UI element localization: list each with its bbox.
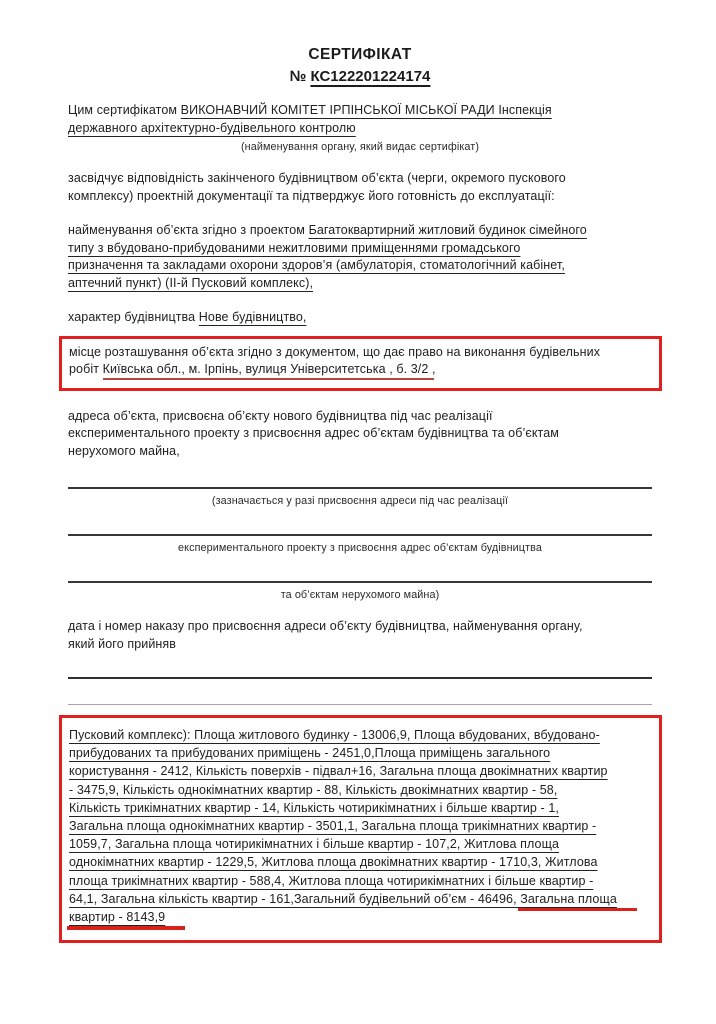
text-line: засвідчує відповідність закінченого буді… [68,170,652,188]
text-line: експериментального проекту з присвоєння … [68,425,652,443]
certificate-page: СЕРТИФІКАТ № КС122201224174 Цим сертифік… [0,0,716,1024]
text-line: 64,1, Загальна кількість квартир - 161,З… [69,890,652,908]
text-run: Нове будівництво, [199,310,307,324]
text-run: - 3475,9, Кількість однокімнатних кварти… [69,783,557,797]
text-run: характер будівництва [68,310,199,324]
text-run: експериментального проекту з присвоєння … [68,426,559,440]
text-line: типу з вбудовано-прибудованими нежитлови… [68,240,652,258]
horizontal-rule [68,487,652,489]
text-line: який його прийняв [68,636,652,654]
text-line: Загальна площа однокімнатних квартир - 3… [69,817,652,835]
document-number: № КС122201224174 [68,68,652,85]
text-run: ВИКОНАВЧИЙ КОМІТЕТ ІРПІНСЬКОЇ МІСЬКОЇ РА… [181,103,552,117]
text-line: місце розташування об’єкта згідно з доку… [69,344,652,362]
text-run: Київська обл., м. Ірпінь, вулиця Універс… [103,362,436,376]
text-run: площа трикімнатних квартир - 588,4, Житл… [69,874,593,888]
text-line: нерухомого майна, [68,443,652,461]
text-run: 1059,7, Загальна площа чотирикімнатних і… [69,837,559,851]
red-highlight-box: місце розташування об’єкта згідно з доку… [59,336,662,391]
text-run: прибудованих та прибудованих приміщень -… [69,746,550,760]
text-run: Загальна площа однокімнатних квартир - 3… [69,819,596,833]
text-line: характер будівництва Нове будівництво, [68,309,652,327]
text-line: комплексу) проектній документації та під… [68,188,652,206]
red-highlight-box: Пусковий комплекс): Площа житлового буди… [59,715,662,943]
ruled-blank-field: (зазначається у разі присвоєння адреси п… [68,487,652,507]
text-run: аптечний пункт) (ІІ-й Пусковий комплекс)… [68,276,313,290]
text-run: Загальна площа [520,892,617,906]
text-line: Пусковий комплекс): Площа житлового буди… [69,726,652,744]
paragraph: Цим сертифікатом ВИКОНАВЧИЙ КОМІТЕТ ІРПІ… [68,102,652,137]
text-line: площа трикімнатних квартир - 588,4, Житл… [69,872,652,890]
text-run: який його прийняв [68,637,176,651]
form-caption: та об’єктам нерухомого майна) [68,589,652,601]
text-run: місце розташування об’єкта згідно з доку… [69,345,600,359]
text-run: засвідчує відповідність закінченого буді… [68,171,566,185]
text-line: користування - 2412, Кількість поверхів … [69,762,652,780]
text-run: найменування об’єкта згідно з проектом [68,223,309,237]
form-caption: (зазначається у разі присвоєння адреси п… [68,495,652,507]
horizontal-rule [68,704,652,705]
document-body: Цим сертифікатом ВИКОНАВЧИЙ КОМІТЕТ ІРПІ… [68,102,652,943]
text-line: Цим сертифікатом ВИКОНАВЧИЙ КОМІТЕТ ІРПІ… [68,102,652,120]
text-line: однокімнатних квартир - 1229,5, Житлова … [69,853,652,871]
text-run: дата і номер наказу про присвоєння адрес… [68,619,583,633]
text-run: робіт [69,362,103,376]
horizontal-rule [68,581,652,583]
paragraph: найменування об’єкта згідно з проектом Б… [68,222,652,292]
text-line: прибудованих та прибудованих приміщень -… [69,744,652,762]
text-line: аптечний пункт) (ІІ-й Пусковий комплекс)… [68,275,652,293]
text-run: однокімнатних квартир - 1229,5, Житлова … [69,855,598,869]
text-run: типу з вбудовано-прибудованими нежитлови… [68,241,520,255]
text-run: Цим сертифікатом [68,103,181,117]
text-run: 64,1, Загальна кількість квартир - 161,З… [69,892,520,906]
text-run: квартир - 8143,9 [69,910,165,924]
text-run: Багатоквартирний житловий будинок сімейн… [309,223,587,237]
text-line: найменування об’єкта згідно з проектом Б… [68,222,652,240]
text-line: призначення та закладами охорони здоров’… [68,257,652,275]
text-line: 1059,7, Загальна площа чотирикімнатних і… [69,835,652,853]
text-run: Пусковий комплекс): Площа житлового буди… [69,728,600,742]
horizontal-rule [68,534,652,536]
form-caption: (найменування органу, який видає сертифі… [68,141,652,153]
document-title: СЕРТИФІКАТ [68,46,652,64]
ruled-blank-field: та об’єктам нерухомого майна) [68,581,652,601]
text-run: адреса об’єкта, присвоєна об’єкту нового… [68,409,493,423]
text-run: призначення та закладами охорони здоров’… [68,258,565,272]
text-run: нерухомого майна, [68,444,180,458]
text-run: користування - 2412, Кількість поверхів … [69,764,608,778]
text-line: дата і номер наказу про присвоєння адрес… [68,618,652,636]
paragraph: засвідчує відповідність закінченого буді… [68,170,652,205]
text-line: державного архітектурно-будівельного кон… [68,120,652,138]
document-number-prefix: № [290,68,311,85]
document-number-value: КС122201224174 [310,68,430,85]
paragraph: характер будівництва Нове будівництво, [68,309,652,327]
paragraph: адреса об’єкта, присвоєна об’єкту нового… [68,408,652,461]
ruled-blank-field: експериментального проекту з присвоєння … [68,534,652,554]
form-caption: експериментального проекту з присвоєння … [68,542,652,554]
text-run: Кількість трикімнатних квартир - 14, Кіл… [69,801,559,815]
paragraph: дата і номер наказу про присвоєння адрес… [68,618,652,653]
text-line: Кількість трикімнатних квартир - 14, Кіл… [69,799,652,817]
text-line: адреса об’єкта, присвоєна об’єкту нового… [68,408,652,426]
text-line: робіт Київська обл., м. Ірпінь, вулиця У… [69,361,652,379]
text-run: державного архітектурно-будівельного кон… [68,121,356,135]
text-line: - 3475,9, Кількість однокімнатних кварти… [69,781,652,799]
horizontal-rule [68,677,652,679]
text-run: комплексу) проектній документації та під… [68,189,555,203]
